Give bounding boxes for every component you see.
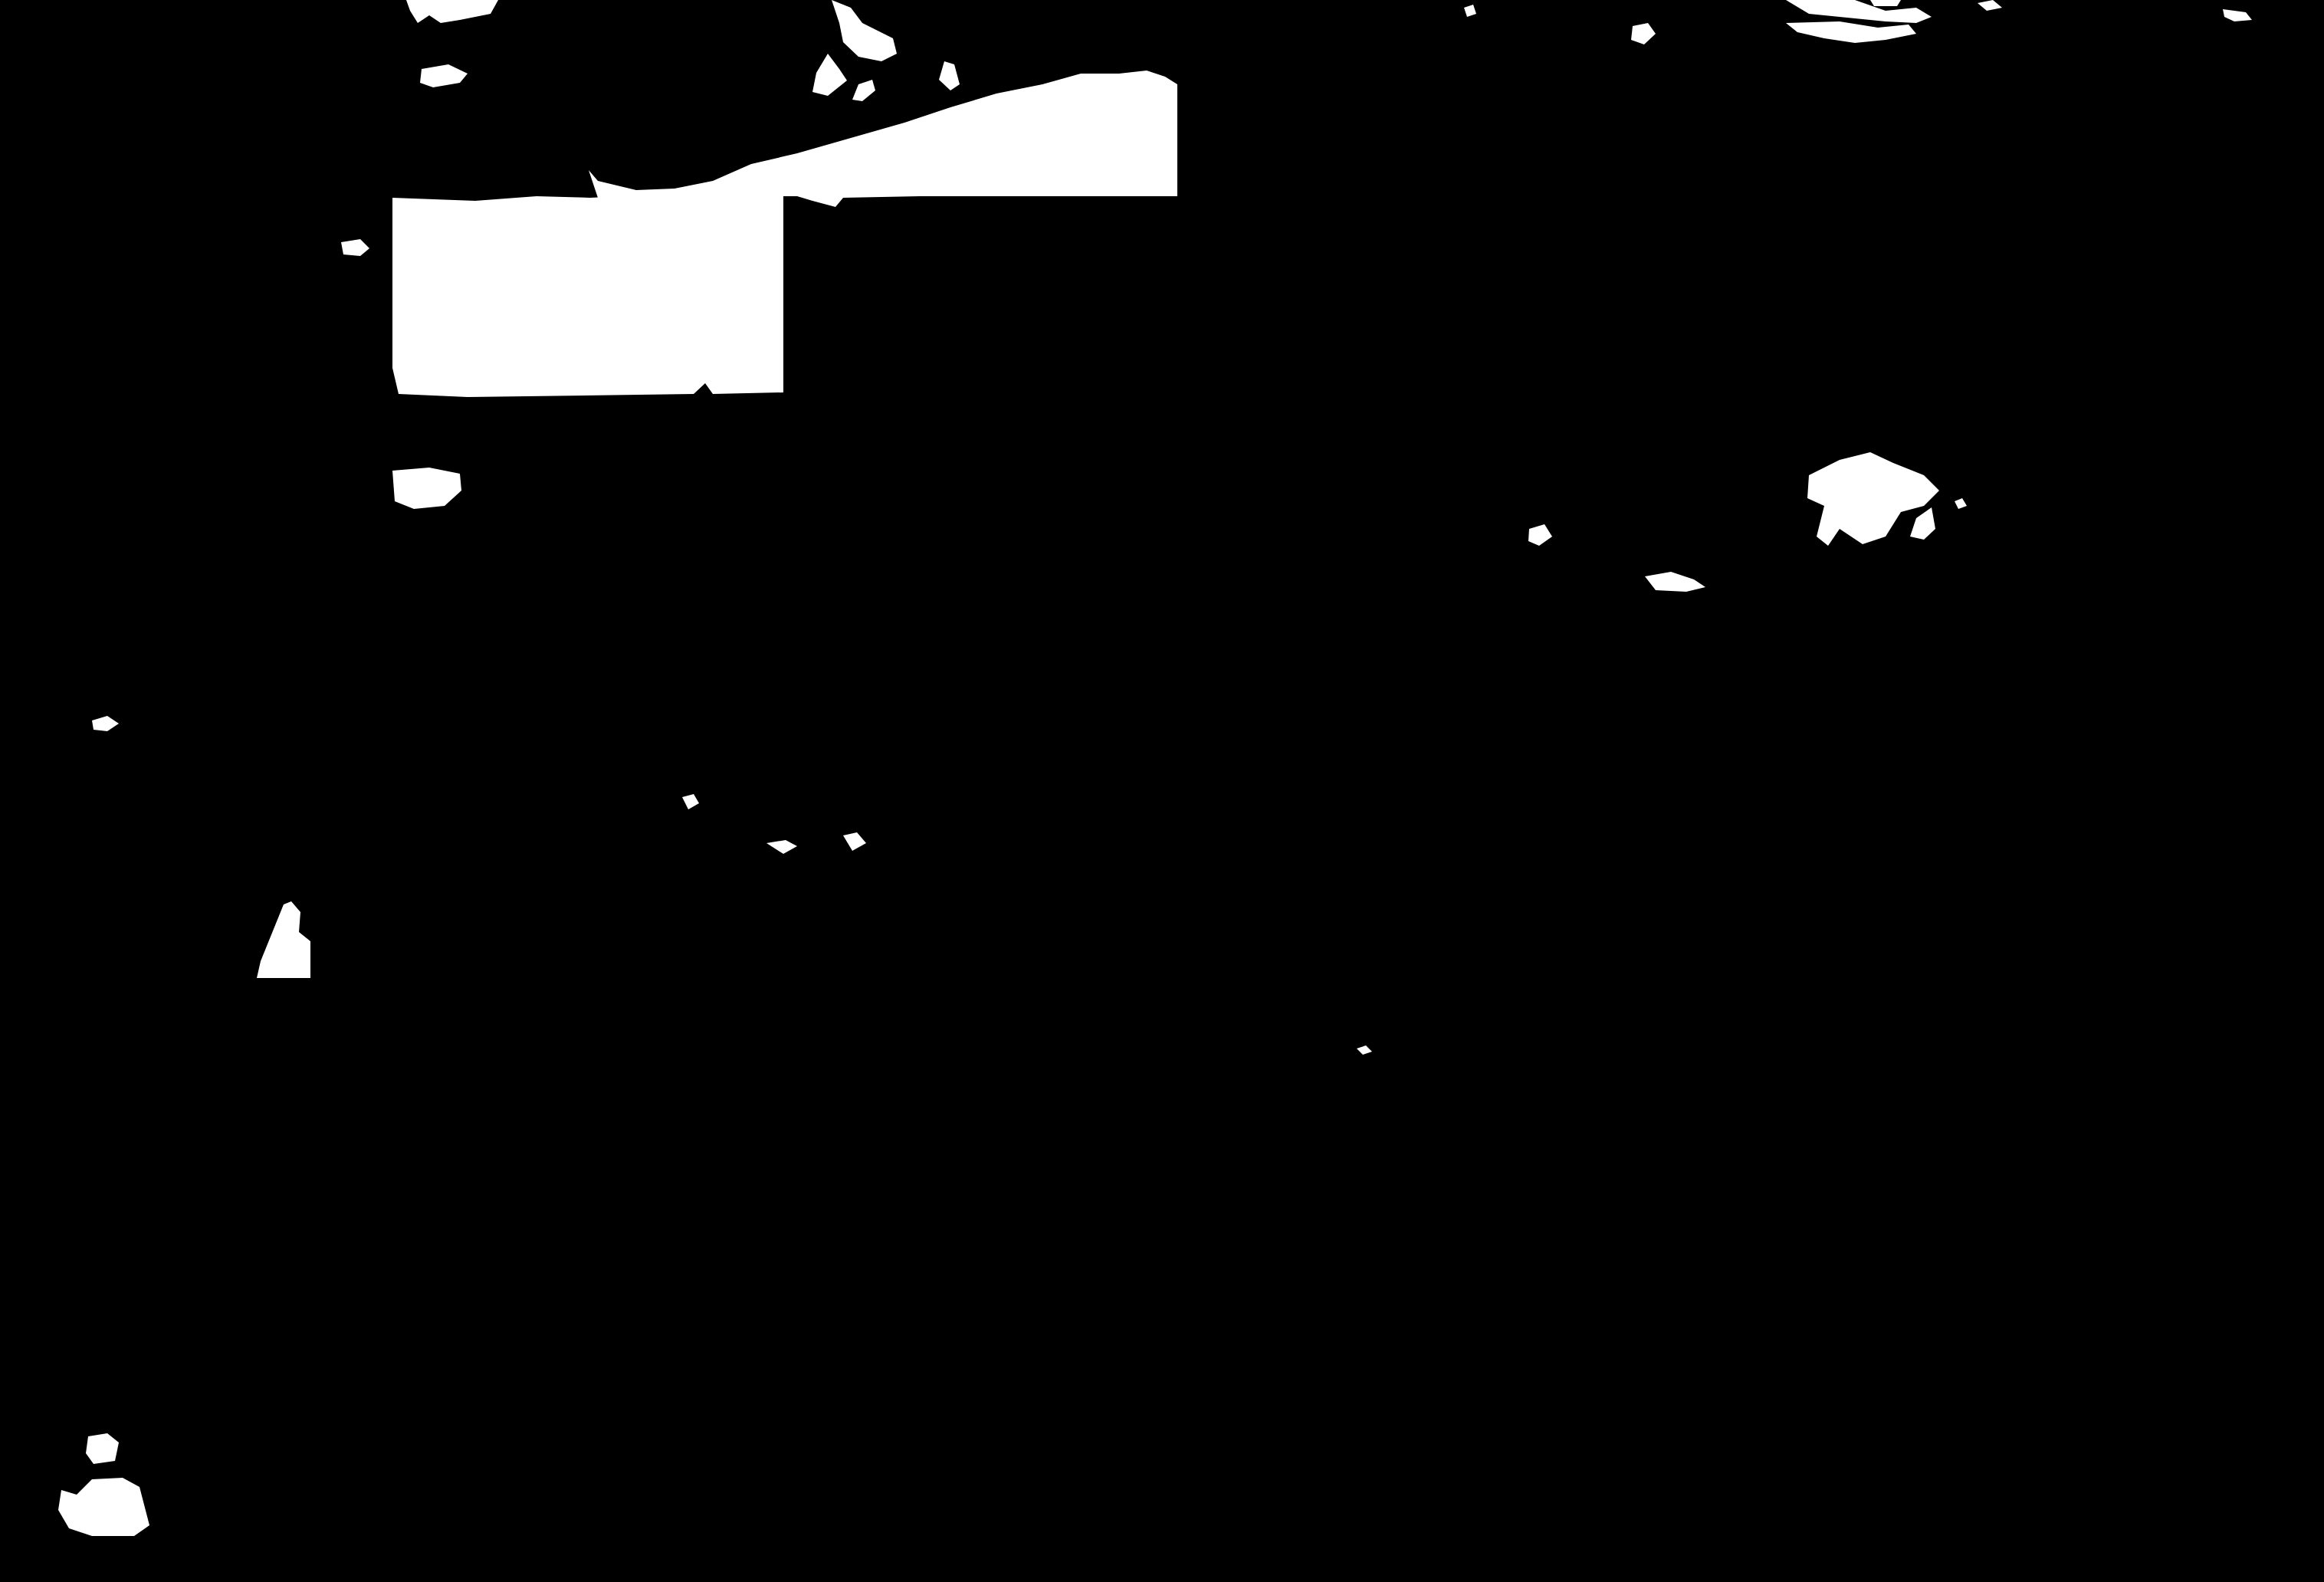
mask-region-large-rect	[392, 193, 783, 397]
mask-background	[0, 0, 2324, 1582]
binary-mask-canvas	[0, 0, 2324, 1582]
mask-blob	[1870, 0, 1901, 6]
